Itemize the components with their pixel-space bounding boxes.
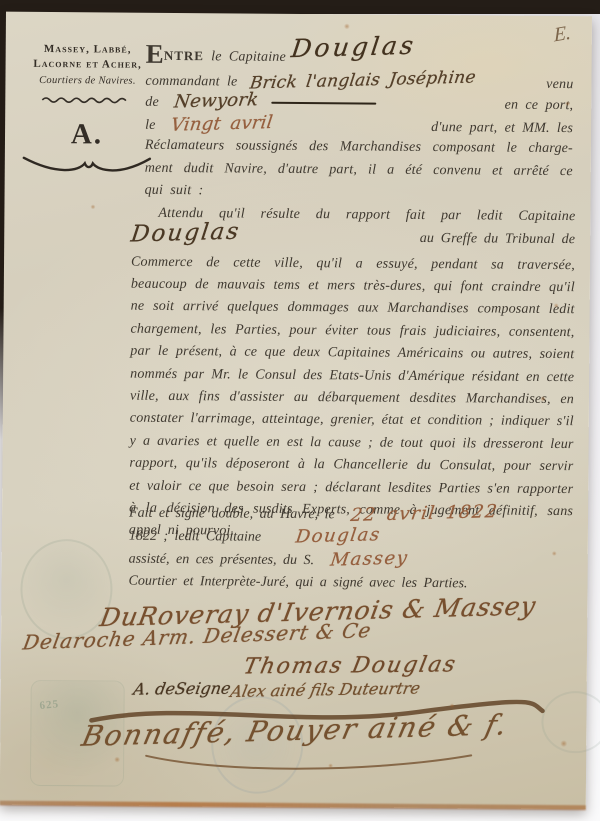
closing-line-2: 1822 ; ledit Capitaine Douglas	[129, 523, 575, 550]
opening-block: ENTRE le Capitaine Douglas commandant le…	[145, 45, 574, 206]
foxing-spot	[90, 204, 95, 209]
c2-printed: 1822 ; ledit Capitaine	[129, 529, 261, 545]
c3-printed: assisté, en ces présentes, du S.	[129, 552, 314, 568]
handwritten-port: Newyork	[172, 89, 259, 114]
opening-line-7: qui suit :	[145, 180, 573, 206]
signature-deseigne: A. deSeigne	[132, 679, 232, 699]
closing-line-1: Fait et signé double, au Havre, le 22 av…	[129, 500, 575, 527]
brace-flourish-icon	[21, 155, 143, 179]
l4-printed: le	[145, 117, 156, 132]
handwritten-captain-name: Douglas	[294, 523, 382, 548]
stamp-digits: 625	[39, 698, 60, 712]
greffe-right: au Greffe du Tribunal de	[420, 227, 576, 251]
letterhead: Massey, Labbé, Lacorne et Acher, Courtie…	[31, 42, 144, 179]
l4-right: d'une part, et MM. les	[431, 117, 573, 141]
document-paper: 625 E. Massey, Labbé, Lacorne et Acher, …	[0, 12, 592, 810]
opening-line-3: de Newyork en ce port,	[145, 90, 573, 116]
embossed-seal-icon	[541, 691, 600, 754]
opening-line-6: ment dudit Navire, d'autre part, il a ét…	[145, 157, 573, 183]
opening-line-1-printed: ENTRE le Capitaine	[146, 45, 286, 70]
l1-printed: le Capitaine	[211, 49, 286, 65]
foxing-spot	[35, 639, 40, 644]
closing-block: Fait et signé double, au Havre, le 22 av…	[128, 500, 575, 596]
opening-line-4: le Vingt avril d'une part, et MM. les	[145, 112, 573, 138]
closing-line-3: assisté, en ces présentes, du S. Massey	[129, 546, 575, 573]
foxing-spot	[344, 23, 350, 29]
letterhead-profession: Courtiers de Navires.	[31, 75, 143, 87]
handwritten-broker-name: Massey	[329, 547, 410, 572]
c1-printed: Fait et signé double, au Havre, le	[129, 506, 335, 523]
letterhead-monogram: A.	[31, 118, 143, 152]
foxing-spot	[328, 763, 333, 768]
l2-printed: commandant le	[145, 73, 237, 89]
body-block: Attendu qu'il résulte du rapport fait pa…	[129, 203, 576, 546]
foxing-spot	[565, 101, 570, 106]
handwritten-captain-name: Douglas	[290, 35, 418, 61]
paper-deckle-edge	[0, 801, 586, 811]
signature-underline-icon	[143, 749, 475, 781]
foxing-spot	[450, 703, 455, 708]
foxing-spot	[114, 757, 120, 763]
greffe-line: Douglas au Greffe du Tribunal de	[131, 225, 575, 252]
foxing-spot	[552, 551, 557, 556]
corner-inventory-mark: E.	[554, 22, 572, 48]
foxing-spot	[554, 303, 559, 308]
letterhead-firm-line2: Lacorne et Acher,	[32, 57, 144, 73]
foxing-spot	[560, 740, 567, 747]
foxing-spot	[540, 396, 546, 402]
l4-left: le Vingt avril	[145, 112, 272, 137]
document-photo: 625 E. Massey, Labbé, Lacorne et Acher, …	[0, 0, 600, 821]
l3-printed: de	[145, 95, 159, 110]
opening-line-1: ENTRE le Capitaine Douglas	[146, 45, 574, 71]
squiggle-divider-icon	[31, 91, 143, 110]
entre-rest: NTRE	[164, 48, 204, 63]
drop-cap: E	[146, 39, 164, 69]
ink-stroke	[271, 101, 376, 104]
handwritten-date: Vingt avril	[169, 112, 274, 137]
handwritten-captain-name: Douglas	[130, 220, 242, 245]
opening-line-2: commandant le Brick l'anglais Joséphine …	[145, 67, 573, 93]
letterhead-firm-line1: Massey, Labbé,	[32, 42, 144, 58]
signature-thomas-douglas: Thomas Douglas	[241, 652, 459, 679]
